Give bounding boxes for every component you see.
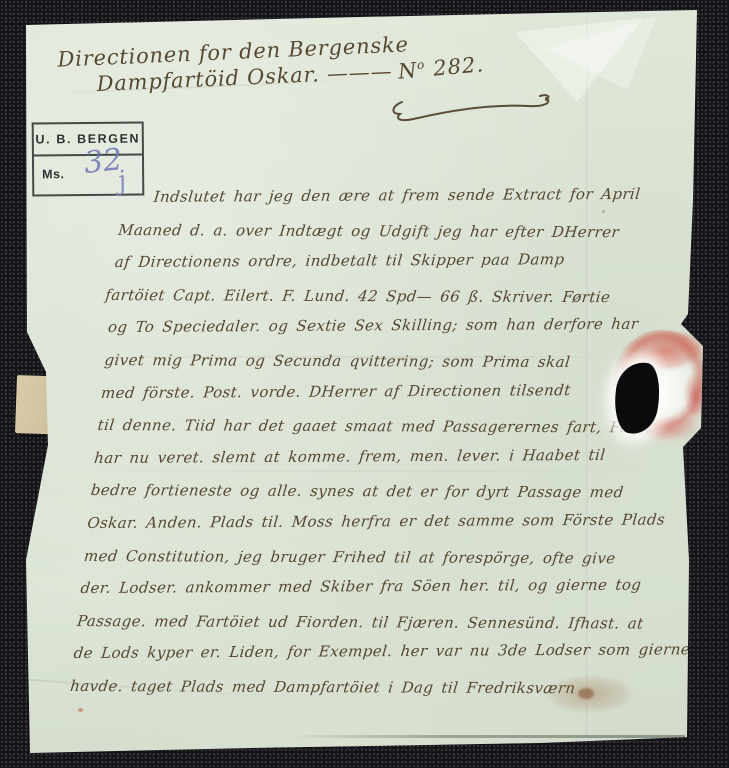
foxing-speck — [78, 708, 83, 712]
foxing-speck — [602, 210, 605, 213]
bottom-fold-crease — [290, 735, 685, 738]
letter-paper: Directionen for den Bergenske Dampfartöi… — [0, 0, 729, 768]
handwritten-line: Indslutet har jeg den ære at frem sende … — [120, 178, 669, 214]
handwritten-line: og To Speciedaler. og Sextie Sex Skillin… — [106, 308, 655, 344]
handwritten-line: de Lods kyper er. Liden, for Exempel. he… — [72, 634, 621, 670]
document-number: No 282. — [397, 52, 485, 83]
handwritten-line: Oskar. Anden. Plads til. Moss herfra er … — [86, 504, 635, 540]
letter-body: Indslutet har jeg den ære at frem sende … — [69, 181, 669, 703]
handwritten-line: havde. taget Plads med Dampfartöiet i Da… — [69, 670, 617, 705]
flourish-underline — [388, 84, 568, 130]
number-superscript: o — [416, 57, 425, 72]
number-value: 282. — [432, 52, 485, 80]
stain-bottom-right-core — [578, 688, 594, 699]
handwritten-line: med förste. Post. vorde. DHerrer af Dire… — [100, 373, 649, 409]
number-prefix: N — [397, 58, 418, 84]
handwritten-line: der. Lodser. ankommer med Skiber fra Söe… — [79, 569, 628, 605]
handwritten-line: har nu veret. slemt at komme. frem, men.… — [93, 438, 642, 474]
wax-seal-blotch — [684, 372, 706, 416]
letter-header: Directionen for den Bergenske Dampfartöi… — [57, 32, 410, 97]
handwritten-line: af Directionens ordre, indbetalt til Ski… — [113, 243, 662, 279]
photo-background: Directionen for den Bergenske Dampfartöi… — [0, 0, 729, 768]
